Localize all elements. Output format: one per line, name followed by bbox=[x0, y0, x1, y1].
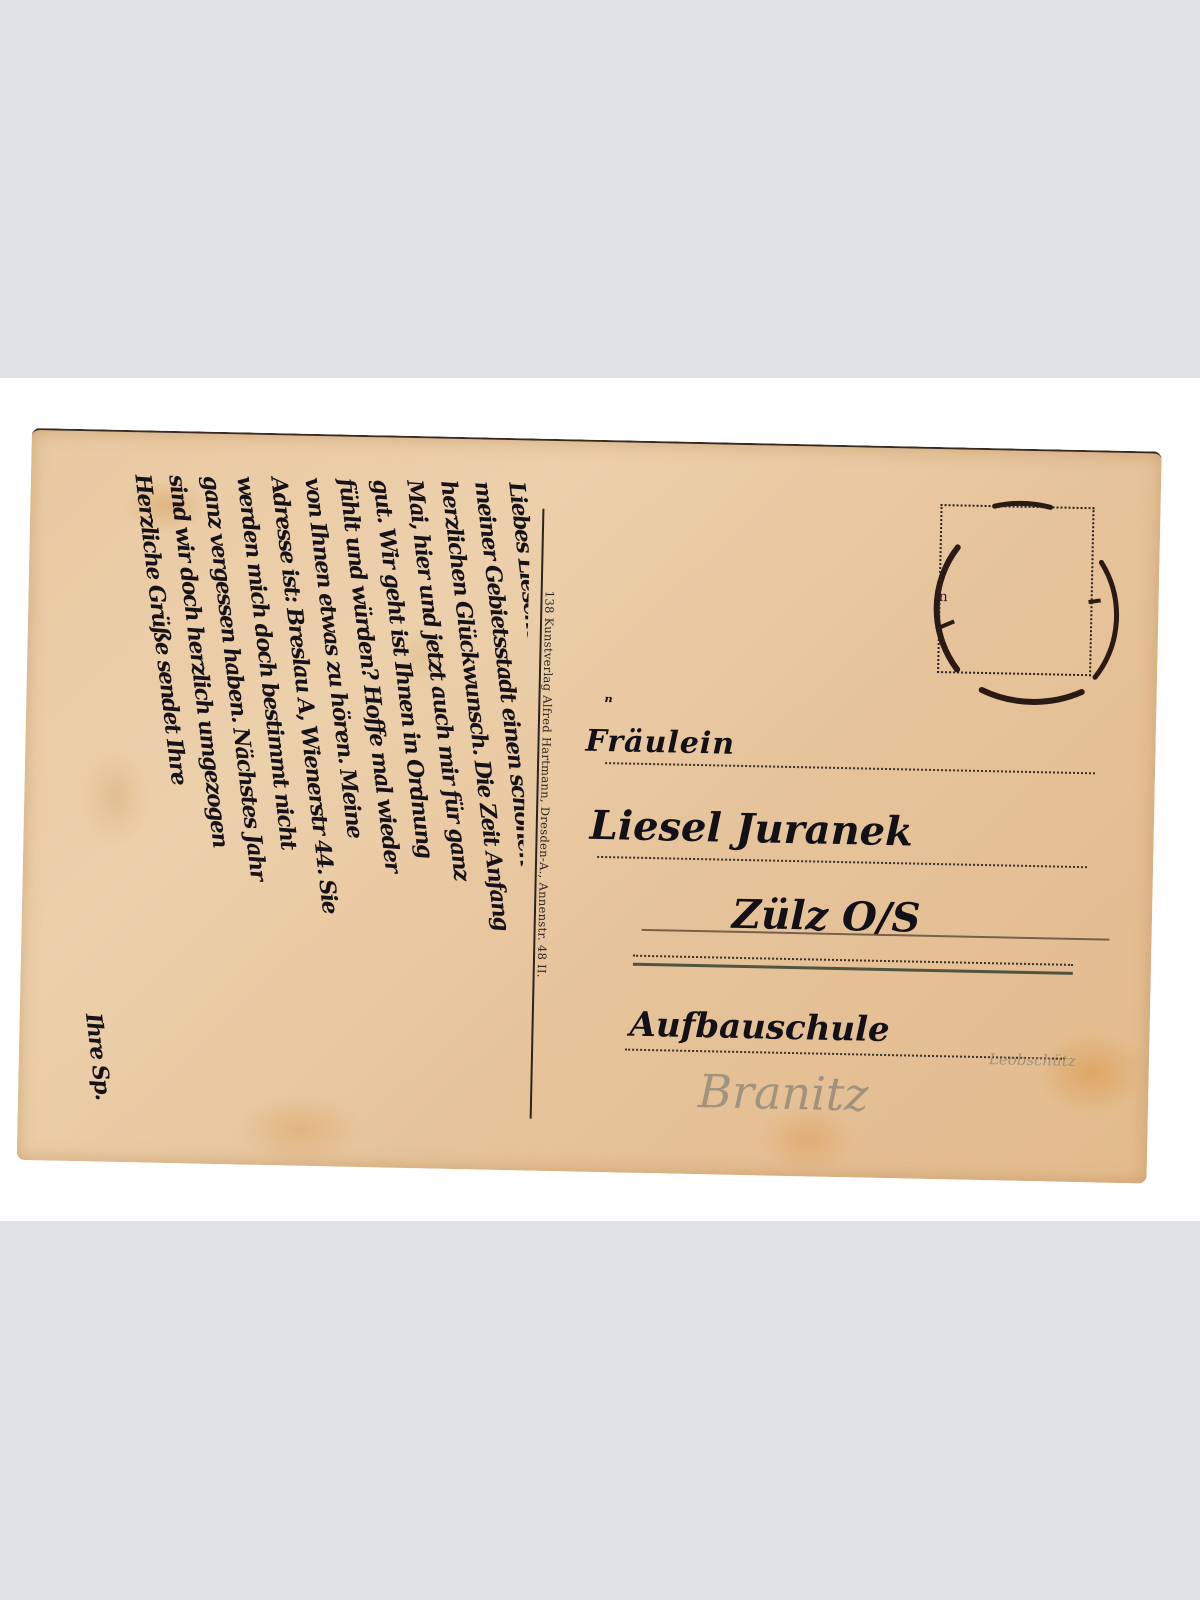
publisher-imprint: 138 Kunstverlag Alfred Hartmann, Dresden… bbox=[527, 591, 557, 1151]
address-name: Liesel Juranek bbox=[589, 802, 913, 856]
message-signature: Ihre Sp. bbox=[80, 1012, 116, 1101]
stamp-placeholder bbox=[937, 504, 1095, 676]
backdrop-top bbox=[0, 0, 1200, 378]
handwritten-message: Liebes Lieschen! Danke Ihnen und meiner … bbox=[37, 470, 531, 1140]
photo-area: Liebes Lieschen! Danke Ihnen und meiner … bbox=[0, 378, 1200, 1221]
salutation-mark: ⁿ bbox=[604, 692, 613, 713]
postcard: Liebes Lieschen! Danke Ihnen und meiner … bbox=[17, 428, 1162, 1184]
backdrop-bottom bbox=[0, 1221, 1200, 1600]
pencil-note-small: Leobschütz bbox=[989, 1050, 1076, 1070]
pencil-note: Branitz bbox=[698, 1064, 869, 1122]
address-institution: Aufbauschule bbox=[629, 1005, 890, 1050]
address-line-2 bbox=[597, 856, 1087, 868]
address-line-1 bbox=[605, 762, 1095, 774]
address-salutation: Fräulein bbox=[585, 724, 735, 762]
